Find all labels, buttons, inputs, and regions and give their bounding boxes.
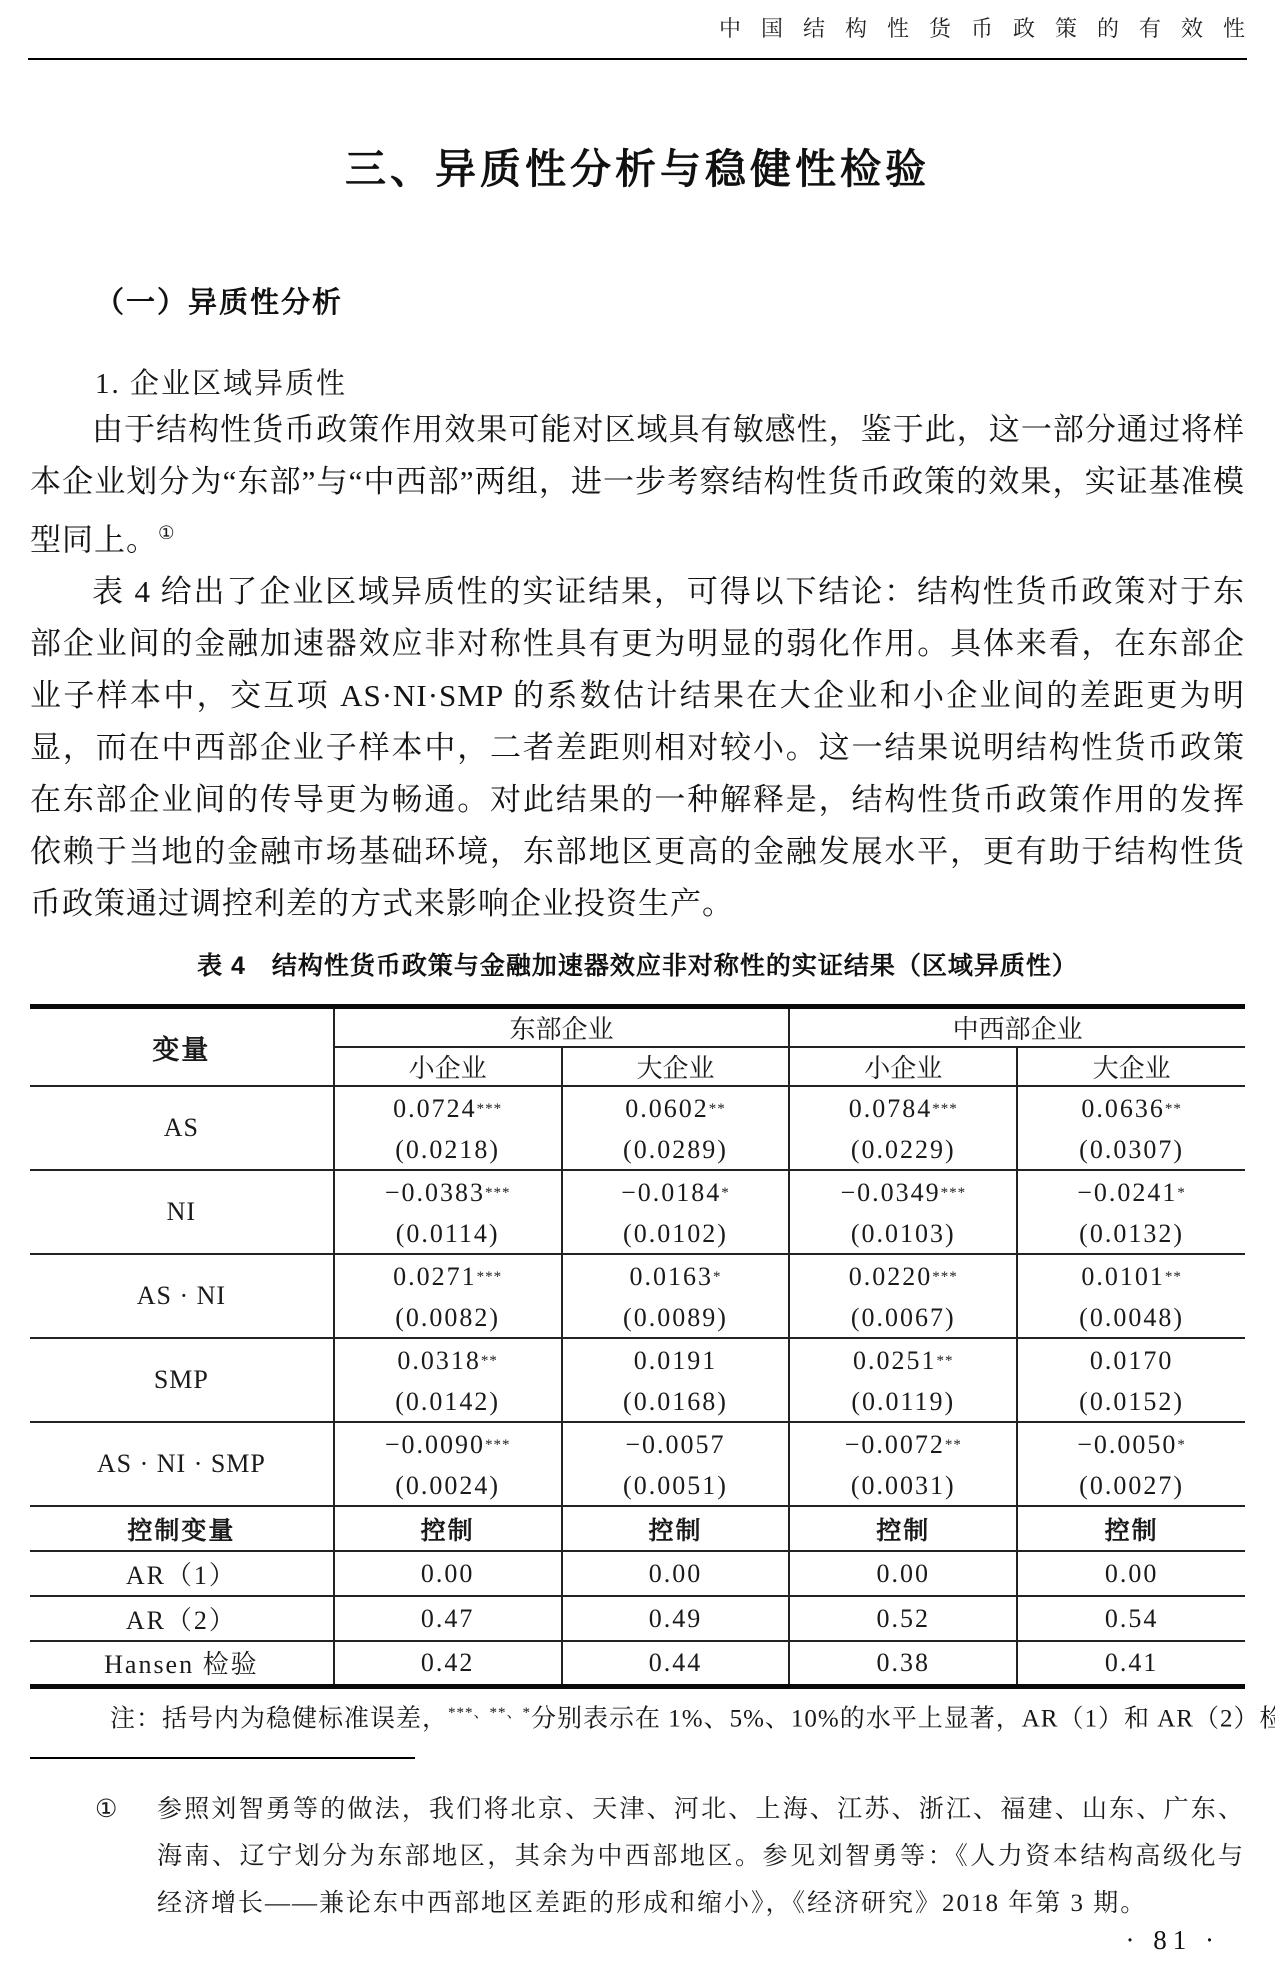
coefficient-value: −0.0383 [385,1178,485,1208]
results-table: 变量 东部企业 中西部企业 小企业 大企业 小企业 大企业 AS 0.0724*… [30,1004,1245,1689]
standard-error: (0.0152) [1018,1383,1245,1421]
standard-error: (0.0229) [790,1131,1016,1169]
table-cell: 0.38 [789,1641,1017,1686]
coefficient-value: −0.0090 [385,1430,485,1460]
column-header-small-east: 小企业 [334,1047,562,1086]
footnote-separator-rule [30,1757,415,1759]
header-rule [28,58,1247,60]
standard-error: (0.0218) [335,1131,561,1169]
variable-label: SMP [30,1338,334,1422]
coef-cell: 0.0318**(0.0142) [334,1338,562,1422]
coef-cell: −0.0383***(0.0114) [334,1170,562,1254]
coef-cell: −0.0050*(0.0027) [1017,1422,1245,1506]
coefficient-value: 0.0251 [853,1346,937,1376]
subsection-heading: 1. 企业区域异质性 [95,361,347,402]
coefficient-value: 0.0724 [393,1094,477,1124]
standard-error: (0.0051) [563,1467,789,1505]
section-heading: （一）异质性分析 [95,280,343,321]
table-cell: 0.52 [789,1596,1017,1641]
standard-error: (0.0102) [563,1215,789,1253]
standard-error: (0.0114) [335,1215,561,1253]
note-prefix: 注：括号内为稳健标准误差， [110,1705,448,1732]
table-cell: 0.49 [562,1596,790,1641]
coefficient-value: 0.0170 [1090,1346,1174,1376]
standard-error: (0.0289) [563,1131,789,1169]
standard-error: (0.0103) [790,1215,1016,1253]
coefficient-value: 0.0191 [634,1346,718,1376]
variable-label: NI [30,1170,334,1254]
variable-label: 控制变量 [30,1506,334,1551]
standard-error: (0.0307) [1018,1131,1245,1169]
coef-cell: 0.0101**(0.0048) [1017,1254,1245,1338]
variable-label: AS [30,1086,334,1170]
variable-label: AR（1） [30,1551,334,1596]
coefficient-value: −0.0241 [1077,1178,1177,1208]
column-header-small-midwest: 小企业 [789,1047,1017,1086]
variable-label: AR（2） [30,1596,334,1641]
coef-cell: 0.0191(0.0168) [562,1338,790,1422]
standard-error: (0.0031) [790,1467,1016,1505]
table-row-hansen: Hansen 检验 0.42 0.44 0.38 0.41 [30,1641,1245,1686]
coefficient-value: 0.0602 [625,1094,709,1124]
table-cell: 0.44 [562,1641,790,1686]
variable-label: AS · NI · SMP [30,1422,334,1506]
table-cell: 0.00 [562,1551,790,1596]
table-header-group-row: 变量 东部企业 中西部企业 [30,1007,1245,1048]
column-group-east: 东部企业 [334,1007,790,1048]
table-row-ni: NI −0.0383***(0.0114) −0.0184*(0.0102) −… [30,1170,1245,1254]
paragraph-1-text: 由于结构性货币政策作用效果可能对区域具有敏感性，鉴于此，这一部分通过将样本企业划… [30,412,1245,557]
standard-error: (0.0132) [1018,1215,1245,1253]
coefficient-value: 0.0101 [1081,1262,1165,1292]
variable-label: AS · NI [30,1254,334,1338]
standard-error: (0.0168) [563,1383,789,1421]
standard-error: (0.0082) [335,1299,561,1337]
standard-error: (0.0089) [563,1299,789,1337]
table-cell: 控制 [334,1506,562,1551]
table-caption: 表 4 结构性货币政策与金融加速器效应非对称性的实证结果（区域异质性） [0,946,1275,982]
coef-cell: −0.0090***(0.0024) [334,1422,562,1506]
page-number: · 81 · [1126,1925,1220,1956]
standard-error: (0.0067) [790,1299,1016,1337]
table-row-ar2: AR（2） 0.47 0.49 0.52 0.54 [30,1596,1245,1641]
table-row-as-ni-smp: AS · NI · SMP −0.0090***(0.0024) −0.0057… [30,1422,1245,1506]
table-cell: 控制 [1017,1506,1245,1551]
table-row-ar1: AR（1） 0.00 0.00 0.00 0.00 [30,1551,1245,1596]
coef-cell: 0.0602**(0.0289) [562,1086,790,1170]
footnote-marker: ① [95,1786,157,1927]
table-cell: 0.47 [334,1596,562,1641]
running-header: 中国结构性货币政策的有效性 [719,12,1265,43]
note-stars: ***、**、* [448,1705,531,1721]
footnote-ref-marker: ① [158,523,176,544]
paragraph-1: 由于结构性货币政策作用效果可能对区域具有敏感性，鉴于此，这一部分通过将样本企业划… [30,404,1245,566]
coefficient-value: 0.0636 [1081,1094,1165,1124]
table-row-controls: 控制变量 控制 控制 控制 控制 [30,1506,1245,1551]
footnote: ① 参照刘智勇等的做法，我们将北京、天津、河北、上海、江苏、浙江、福建、山东、广… [95,1786,1245,1927]
coefficient-value: 0.0220 [849,1262,933,1292]
coef-cell: 0.0163*(0.0089) [562,1254,790,1338]
table-cell: 0.54 [1017,1596,1245,1641]
coef-cell: −0.0057(0.0051) [562,1422,790,1506]
coefficient-value: 0.0318 [397,1346,481,1376]
coef-cell: 0.0784***(0.0229) [789,1086,1017,1170]
coef-cell: −0.0184*(0.0102) [562,1170,790,1254]
coefficient-value: 0.0784 [849,1094,933,1124]
table-row-as: AS 0.0724***(0.0218) 0.0602**(0.0289) 0.… [30,1086,1245,1170]
coef-cell: −0.0349***(0.0103) [789,1170,1017,1254]
coef-cell: 0.0170(0.0152) [1017,1338,1245,1422]
coefficient-value: 0.0163 [629,1262,713,1292]
column-header-large-east: 大企业 [562,1047,790,1086]
table-cell: 0.00 [789,1551,1017,1596]
column-header-variable: 变量 [30,1007,334,1087]
standard-error: (0.0119) [790,1383,1016,1421]
table-cell: 0.00 [1017,1551,1245,1596]
coefficient-value: −0.0184 [621,1178,721,1208]
coef-cell: 0.0220***(0.0067) [789,1254,1017,1338]
table-cell: 控制 [789,1506,1017,1551]
table-cell: 控制 [562,1506,790,1551]
standard-error: (0.0027) [1018,1467,1245,1505]
column-header-large-midwest: 大企业 [1017,1047,1245,1086]
coef-cell: 0.0251**(0.0119) [789,1338,1017,1422]
coefficient-value: −0.0050 [1077,1430,1177,1460]
standard-error: (0.0048) [1018,1299,1245,1337]
coefficient-value: −0.0057 [625,1430,725,1460]
coefficient-value: 0.0271 [393,1262,477,1292]
table-row-as-ni: AS · NI 0.0271***(0.0082) 0.0163*(0.0089… [30,1254,1245,1338]
table-cell: 0.00 [334,1551,562,1596]
standard-error: (0.0024) [335,1467,561,1505]
standard-error: (0.0142) [335,1383,561,1421]
coefficient-value: −0.0349 [840,1178,940,1208]
coef-cell: 0.0636**(0.0307) [1017,1086,1245,1170]
coef-cell: 0.0724***(0.0218) [334,1086,562,1170]
column-group-midwest: 中西部企业 [789,1007,1245,1048]
page-title: 三、异质性分析与稳健性检验 [0,136,1275,195]
variable-label: Hansen 检验 [30,1641,334,1686]
table-cell: 0.41 [1017,1641,1245,1686]
paper-page: 中国结构性货币政策的有效性 三、异质性分析与稳健性检验 （一）异质性分析 1. … [0,0,1275,1987]
coef-cell: −0.0241*(0.0132) [1017,1170,1245,1254]
table-cell: 0.42 [334,1641,562,1686]
coefficient-value: −0.0072 [845,1430,945,1460]
coef-cell: 0.0271***(0.0082) [334,1254,562,1338]
table-note: 注：括号内为稳健标准误差，***、**、*分别表示在 1%、5%、10%的水平上… [30,1698,1245,1734]
note-suffix: 分别表示在 1%、5%、10%的水平上显著，AR（1）和 AR（2）检 [531,1705,1275,1732]
coef-cell: −0.0072**(0.0031) [789,1422,1017,1506]
paragraph-2: 表 4 给出了企业区域异质性的实证结果，可得以下结论：结构性货币政策对于东部企业… [30,566,1245,930]
table-row-smp: SMP 0.0318**(0.0142) 0.0191(0.0168) 0.02… [30,1338,1245,1422]
footnote-text: 参照刘智勇等的做法，我们将北京、天津、河北、上海、江苏、浙江、福建、山东、广东、… [157,1786,1245,1927]
